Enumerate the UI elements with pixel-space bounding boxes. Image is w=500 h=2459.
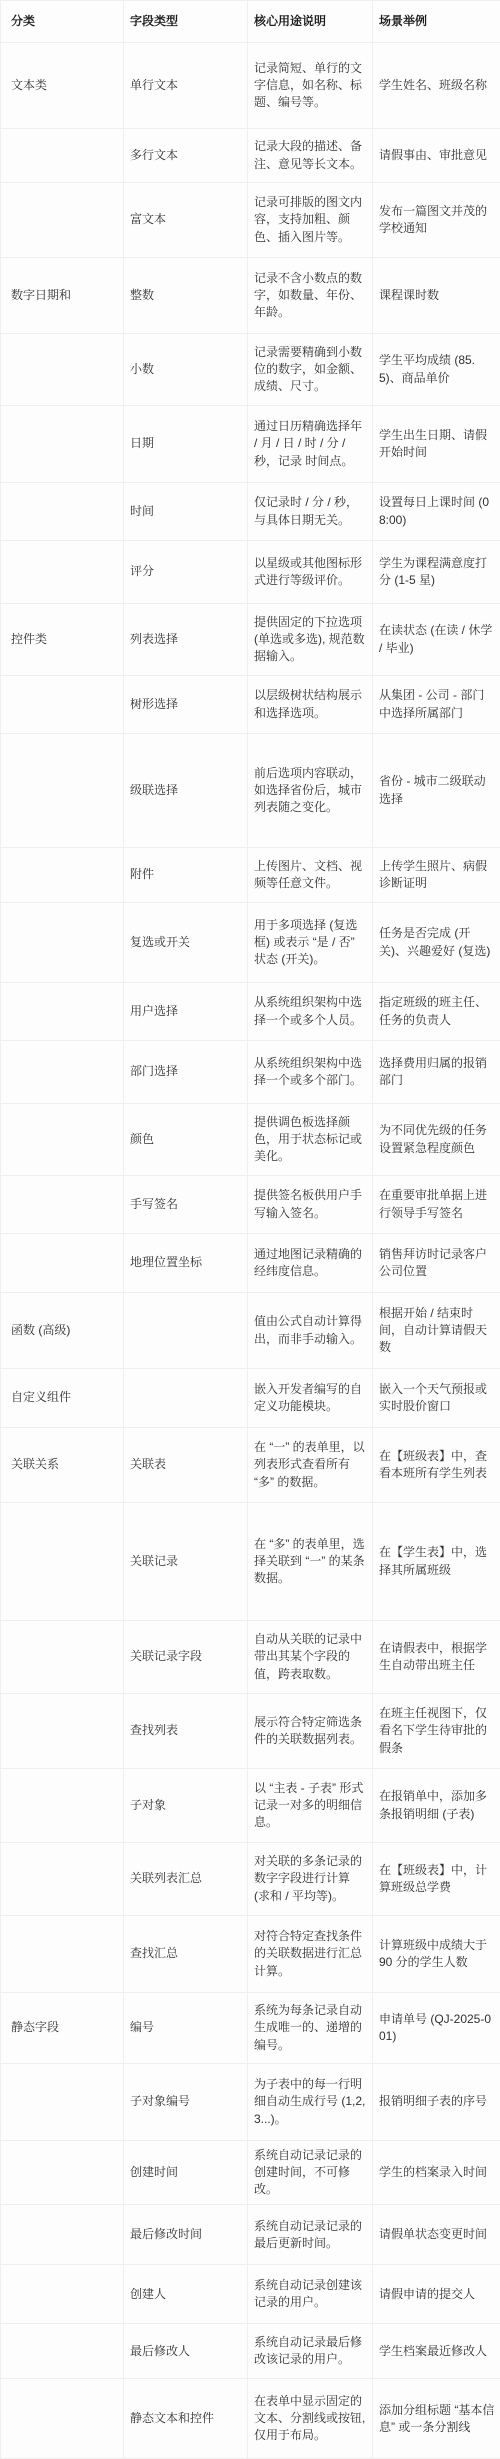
table-row: 静态字段编号系统为每条记录自动生成唯一的、递增的编号。申请单号 (QJ-2025… [1,1993,500,2064]
cell-field-type: 手写签名 [124,1176,248,1234]
cell-example: 在重要审批单据上进行领导手写签名 [373,1176,500,1234]
table-row: 日期通过日历精确选择年 / 月 / 日 / 时 / 分 / 秒，记录 时间点。学… [1,406,500,483]
cell-field-type: 用户选择 [124,983,248,1041]
cell-category [1,983,124,1041]
cell-example: 学生的档案录入时间 [373,2141,500,2205]
cell-description: 系统自动记录记录的最后更新时间。 [248,2205,373,2265]
cell-description: 以星级或其他图标形式进行等级评价。 [248,541,373,604]
table-row: 查找列表展示符合特定筛选条件的关联数据列表。在班主任视图下，仅看名下学生待审批的… [1,1694,500,1769]
cell-description: 自动从关联的记录中带出其某个字段的值，跨表取数。 [248,1621,373,1694]
cell-field-type: 评分 [124,541,248,604]
cell-example: 添加分组标题 “基本信息” 或一条分割线 [373,2379,500,2459]
cell-category [1,1104,124,1176]
cell-field-type: 关联列表汇总 [124,1843,248,1916]
table-row: 部门选择从系统组织架构中选择一个或多个部门。选择费用归属的报销部门 [1,1041,500,1104]
cell-category [1,183,124,258]
cell-description: 展示符合特定筛选条件的关联数据列表。 [248,1694,373,1769]
cell-example: 申请单号 (QJ-2025-001) [373,1993,500,2064]
cell-category [1,129,124,183]
cell-category [1,1041,124,1104]
cell-field-type: 子对象 [124,1769,248,1843]
cell-description: 系统自动记录最后修改该记录的用户。 [248,2324,373,2379]
cell-field-type: 创建时间 [124,2141,248,2205]
cell-category [1,1176,124,1234]
cell-description: 用于多项选择 (复选框) 或表示 “是 / 否” 状态 (开关)。 [248,903,373,983]
table-row: 多行文本记录大段的描述、备注、意见等长文本。请假事由、审批意见 [1,129,500,183]
table-row: 最后修改人系统自动记录最后修改该记录的用户。学生档案最近修改人 [1,2324,500,2379]
cell-category [1,2265,124,2324]
cell-example: 指定班级的班主任、任务的负责人 [373,983,500,1041]
table-row: 关联关系关联表在 “一” 的表单里，以列表形式查看所有 “多” 的数据。在【班级… [1,1428,500,1503]
cell-category: 数字日期和 [1,258,124,334]
cell-description: 提供签名板供用户手写输入签名。 [248,1176,373,1234]
cell-category [1,1621,124,1694]
table-row: 级联选择前后选项内容联动，如选择省份后，城市列表随之变化。省份 - 城市二级联动… [1,734,500,848]
cell-category [1,541,124,604]
table-row: 附件上传图片、文档、视频等任意文件。上传学生照片、病假诊断证明 [1,848,500,903]
cell-category [1,1843,124,1916]
cell-example: 在报销单中，添加多条报销明细 (子表) [373,1769,500,1843]
cell-field-type: 日期 [124,406,248,483]
table-row: 子对象编号为子表中的每一行明细自动生成行号 (1,2, 3...)。报销明细子表… [1,2064,500,2141]
cell-description: 在 “多” 的表单里，选择关联到 “一” 的某条数据。 [248,1503,373,1621]
cell-description: 记录需要精确到小数位的数字，如金额、成绩、尺寸。 [248,334,373,406]
table-row: 关联记录字段自动从关联的记录中带出其某个字段的值，跨表取数。在请假表中，根据学生… [1,1621,500,1694]
cell-category [1,848,124,903]
cell-example: 课程课时数 [373,258,500,334]
cell-description: 系统自动记录记录的创建时间，不可修改。 [248,2141,373,2205]
cell-field-type: 查找列表 [124,1694,248,1769]
cell-field-type: 部门选择 [124,1041,248,1104]
table-row: 时间仅记录时 / 分 / 秒，与具体日期无关。设置每日上课时间 (08:00) [1,483,500,541]
cell-description: 记录大段的描述、备注、意见等长文本。 [248,129,373,183]
table-row: 最后修改时间系统自动记录记录的最后更新时间。请假单状态变更时间 [1,2205,500,2265]
cell-field-type: 关联表 [124,1428,248,1503]
cell-field-type: 地理位置坐标 [124,1234,248,1293]
cell-description: 上传图片、文档、视频等任意文件。 [248,848,373,903]
cell-category [1,2324,124,2379]
cell-example: 任务是否完成 (开关)、兴趣爱好 (复选) [373,903,500,983]
cell-category [1,734,124,848]
cell-description: 仅记录时 / 分 / 秒，与具体日期无关。 [248,483,373,541]
cell-example: 学生出生日期、请假开始时间 [373,406,500,483]
cell-field-type: 多行文本 [124,129,248,183]
table-row: 查找汇总对符合特定查找条件的关联数据进行汇总计算。计算班级中成绩大于 90 分的… [1,1916,500,1993]
cell-description: 对关联的多条记录的数字字段进行计算 (求和 / 平均等)。 [248,1843,373,1916]
cell-field-type: 子对象编号 [124,2064,248,2141]
cell-field-type: 小数 [124,334,248,406]
cell-example: 选择费用归属的报销部门 [373,1041,500,1104]
table-row: 手写签名提供签名板供用户手写输入签名。在重要审批单据上进行领导手写签名 [1,1176,500,1234]
cell-example: 发布一篇图文并茂的学校通知 [373,183,500,258]
cell-description: 嵌入开发者编写的自定义功能模块。 [248,1369,373,1428]
table-row: 创建时间系统自动记录记录的创建时间，不可修改。学生的档案录入时间 [1,2141,500,2205]
column-header-category: 分类 [1,1,124,43]
cell-category: 静态字段 [1,1993,124,2064]
cell-category: 函数 (高级) [1,1293,124,1369]
cell-field-type: 最后修改时间 [124,2205,248,2265]
cell-example: 设置每日上课时间 (08:00) [373,483,500,541]
cell-field-type [124,1369,248,1428]
cell-description: 从系统组织架构中选择一个或多个部门。 [248,1041,373,1104]
column-header-usage: 核心用途说明 [248,1,373,43]
cell-category: 文本类 [1,43,124,129]
cell-example: 在读状态 (在读 / 休学 / 毕业) [373,604,500,676]
cell-example: 从集团 - 公司 - 部门中选择所属部门 [373,676,500,734]
cell-category [1,676,124,734]
cell-field-type: 树形选择 [124,676,248,734]
cell-example: 学生姓名、班级名称 [373,43,500,129]
cell-example: 请假事由、审批意见 [373,129,500,183]
column-header-example: 场景举例 [373,1,500,43]
cell-field-type [124,1293,248,1369]
cell-category [1,2379,124,2459]
cell-example: 计算班级中成绩大于 90 分的学生人数 [373,1916,500,1993]
cell-field-type: 最后修改人 [124,2324,248,2379]
cell-category [1,334,124,406]
cell-field-type: 整数 [124,258,248,334]
cell-description: 通过日历精确选择年 / 月 / 日 / 时 / 分 / 秒，记录 时间点。 [248,406,373,483]
table-row: 评分以星级或其他图标形式进行等级评价。学生为课程满意度打分 (1-5 星) [1,541,500,604]
cell-field-type: 单行文本 [124,43,248,129]
cell-category [1,1694,124,1769]
cell-category [1,1916,124,1993]
cell-example: 省份 - 城市二级联动选择 [373,734,500,848]
table-row: 关联记录在 “多” 的表单里，选择关联到 “一” 的某条数据。在【学生表】中，选… [1,1503,500,1621]
cell-description: 系统为每条记录自动生成唯一的、递增的编号。 [248,1993,373,2064]
cell-description: 记录简短、单行的文字信息，如名称、标题、编号等。 [248,43,373,129]
cell-description: 从系统组织架构中选择一个或多个人员。 [248,983,373,1041]
cell-example: 学生档案最近修改人 [373,2324,500,2379]
cell-field-type: 富文本 [124,183,248,258]
cell-description: 提供调色板选择颜色，用于状态标记或美化。 [248,1104,373,1176]
cell-description: 在表单中显示固定的文本、分割线或按钮, 仅用于布局。 [248,2379,373,2459]
cell-example: 嵌入一个天气预报或实时股价窗口 [373,1369,500,1428]
cell-example: 学生平均成绩 (85.5)、商品单价 [373,334,500,406]
cell-description: 记录不含小数点的数字，如数量、年份、年龄。 [248,258,373,334]
cell-description: 以层级树状结构展示和选择选项。 [248,676,373,734]
cell-category [1,1503,124,1621]
cell-category [1,1769,124,1843]
table-row: 控件类列表选择提供固定的下拉选项 (单选或多选), 规范数据输入。在读状态 (在… [1,604,500,676]
table-row: 树形选择以层级树状结构展示和选择选项。从集团 - 公司 - 部门中选择所属部门 [1,676,500,734]
cell-field-type: 附件 [124,848,248,903]
cell-field-type: 查找汇总 [124,1916,248,1993]
cell-description: 值由公式自动计算得出，而非手动输入。 [248,1293,373,1369]
cell-field-type: 关联记录 [124,1503,248,1621]
cell-category [1,2205,124,2265]
cell-field-type: 时间 [124,483,248,541]
table-row: 关联列表汇总对关联的多条记录的数字字段进行计算 (求和 / 平均等)。在【班级表… [1,1843,500,1916]
cell-field-type: 颜色 [124,1104,248,1176]
cell-example: 请假单状态变更时间 [373,2205,500,2265]
cell-category [1,483,124,541]
table-row: 地理位置坐标通过地图记录精确的经纬度信息。销售拜访时记录客户公司位置 [1,1234,500,1293]
table-row: 富文本记录可排版的图文内容，支持加粗、颜色、插入图片等。发布一篇图文并茂的学校通… [1,183,500,258]
cell-category: 关联关系 [1,1428,124,1503]
cell-field-type: 列表选择 [124,604,248,676]
table-row: 自定义组件嵌入开发者编写的自定义功能模块。嵌入一个天气预报或实时股价窗口 [1,1369,500,1428]
cell-field-type: 编号 [124,1993,248,2064]
table-row: 子对象以 “主表 - 子表” 形式记录一对多的明细信息。在报销单中，添加多条报销… [1,1769,500,1843]
table-row: 函数 (高级)值由公式自动计算得出，而非手动输入。根据开始 / 结束时间，自动计… [1,1293,500,1369]
cell-example: 在请假表中，根据学生自动带出班主任 [373,1621,500,1694]
cell-example: 学生为课程满意度打分 (1-5 星) [373,541,500,604]
cell-field-type: 静态文本和控件 [124,2379,248,2459]
table-row: 复选或开关用于多项选择 (复选框) 或表示 “是 / 否” 状态 (开关)。任务… [1,903,500,983]
cell-example: 上传学生照片、病假诊断证明 [373,848,500,903]
table-row: 小数记录需要精确到小数位的数字，如金额、成绩、尺寸。学生平均成绩 (85.5)、… [1,334,500,406]
cell-example: 在【班级表】中，查看本班所有学生列表 [373,1428,500,1503]
cell-description: 前后选项内容联动，如选择省份后，城市列表随之变化。 [248,734,373,848]
table-row: 文本类单行文本记录简短、单行的文字信息，如名称、标题、编号等。学生姓名、班级名称 [1,43,500,129]
cell-description: 系统自动记录创建该记录的用户。 [248,2265,373,2324]
cell-category [1,1234,124,1293]
cell-category [1,903,124,983]
cell-description: 对符合特定查找条件的关联数据进行汇总计算。 [248,1916,373,1993]
table-row: 静态文本和控件在表单中显示固定的文本、分割线或按钮, 仅用于布局。添加分组标题 … [1,2379,500,2459]
table-row: 用户选择从系统组织架构中选择一个或多个人员。指定班级的班主任、任务的负责人 [1,983,500,1041]
cell-field-type: 复选或开关 [124,903,248,983]
table-row: 数字日期和整数记录不含小数点的数字，如数量、年份、年龄。课程课时数 [1,258,500,334]
cell-field-type: 关联记录字段 [124,1621,248,1694]
cell-field-type: 级联选择 [124,734,248,848]
cell-example: 请假申请的提交人 [373,2265,500,2324]
cell-category [1,2141,124,2205]
cell-description: 为子表中的每一行明细自动生成行号 (1,2, 3...)。 [248,2064,373,2141]
cell-example: 为不同优先级的任务设置紧急程度颜色 [373,1104,500,1176]
column-header-field-type: 字段类型 [124,1,248,43]
cell-description: 通过地图记录精确的经纬度信息。 [248,1234,373,1293]
cell-category: 自定义组件 [1,1369,124,1428]
field-type-table: 分类 字段类型 核心用途说明 场景举例 文本类单行文本记录简短、单行的文字信息，… [0,0,500,2459]
cell-category: 控件类 [1,604,124,676]
table-body: 文本类单行文本记录简短、单行的文字信息，如名称、标题、编号等。学生姓名、班级名称… [1,43,500,2459]
cell-category [1,2064,124,2141]
cell-description: 提供固定的下拉选项 (单选或多选), 规范数据输入。 [248,604,373,676]
cell-description: 在 “一” 的表单里，以列表形式查看所有 “多” 的数据。 [248,1428,373,1503]
cell-example: 销售拜访时记录客户公司位置 [373,1234,500,1293]
cell-example: 根据开始 / 结束时间，自动计算请假天数 [373,1293,500,1369]
cell-example: 在班主任视图下，仅看名下学生待审批的假条 [373,1694,500,1769]
cell-example: 在【班级表】中，计算班级总学费 [373,1843,500,1916]
cell-example: 报销明细子表的序号 [373,2064,500,2141]
cell-description: 以 “主表 - 子表” 形式记录一对多的明细信息。 [248,1769,373,1843]
cell-category [1,406,124,483]
cell-description: 记录可排版的图文内容，支持加粗、颜色、插入图片等。 [248,183,373,258]
table-row: 颜色提供调色板选择颜色，用于状态标记或美化。为不同优先级的任务设置紧急程度颜色 [1,1104,500,1176]
table-header-row: 分类 字段类型 核心用途说明 场景举例 [1,1,500,43]
cell-example: 在【学生表】中，选择其所属班级 [373,1503,500,1621]
table-row: 创建人系统自动记录创建该记录的用户。请假申请的提交人 [1,2265,500,2324]
cell-field-type: 创建人 [124,2265,248,2324]
